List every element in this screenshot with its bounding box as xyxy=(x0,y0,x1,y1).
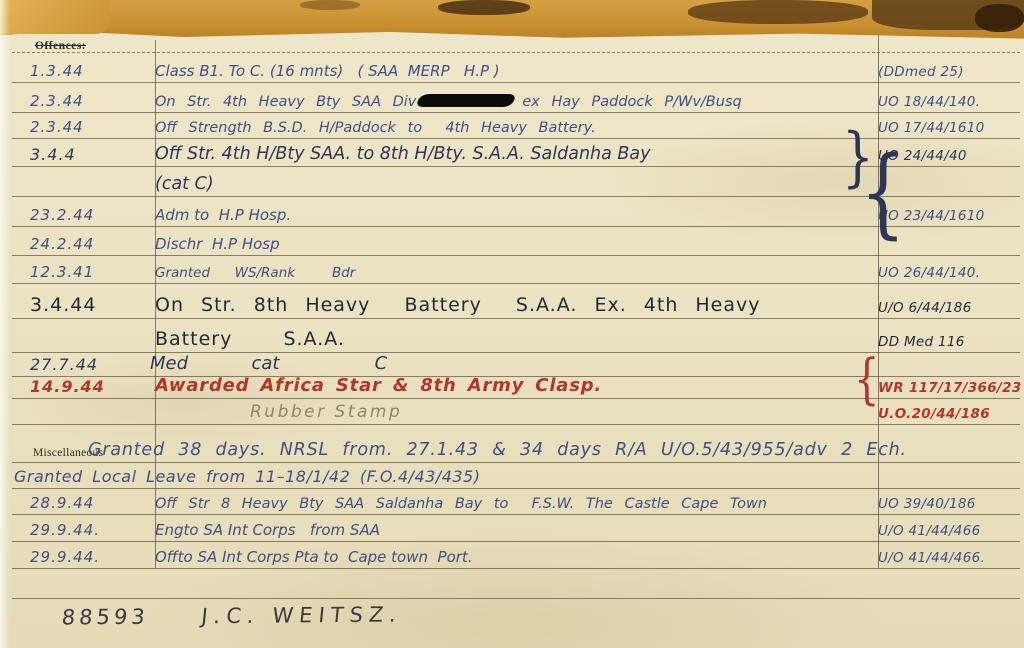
tape-corner-patch xyxy=(0,0,110,34)
entry-text-wrap: Awarded Africa Star & 8th Army Clasp. xyxy=(155,375,602,396)
entry-ref: U/O 41/44/466. xyxy=(878,550,985,566)
entry-text: Battery S.A.A. xyxy=(155,328,345,350)
entry-text: Med cat C xyxy=(150,353,387,374)
entry-text: Offto SA Int Corps Pta to Cape town Port… xyxy=(155,548,473,566)
record-row: 12.3.41 Granted WS/Rank Bdr UO 26/44/140… xyxy=(12,255,1020,284)
entry-text-wrap: Rubber Stamp xyxy=(250,402,402,422)
entry-text-wrap: Dischr H.P Hosp xyxy=(155,235,280,253)
entry-text-wrap: Adm to H.P Hosp. xyxy=(155,206,291,224)
entry-text: On Str. 8th Heavy Battery S.A.A. Ex. 4th… xyxy=(155,294,761,316)
entry-ref: UO 39/40/186 xyxy=(878,496,976,512)
entry-date: 1.3.44 xyxy=(30,62,84,80)
entry-text-wrap: Offto SA Int Corps Pta to Cape town Port… xyxy=(155,548,473,566)
entry-date: 24.2.44 xyxy=(30,235,94,253)
service-number: 88593 xyxy=(61,605,150,630)
record-row: 29.9.44. Engto SA Int Corps from SAA U/O… xyxy=(12,514,1020,542)
entry-text: Awarded Africa Star & 8th Army Clasp. xyxy=(155,375,602,396)
entry-text: Granted Local Leave from 11–18/1/42 (F.O… xyxy=(14,467,480,486)
entry-date: 28.9.44 xyxy=(30,494,94,512)
signature-name: J.C. WEITSZ. xyxy=(200,603,403,629)
entry-date: 27.7.44 xyxy=(30,355,98,374)
entry-text-wrap: Class B1. To C. (16 mnts) ( SAA MERP H.P… xyxy=(155,62,500,80)
entry-text-wrap: Granted Local Leave from 11–18/1/42 (F.O… xyxy=(14,467,480,486)
entry-date: 3.4.44 xyxy=(30,294,96,316)
entry-text: Engto SA Int Corps from SAA xyxy=(155,521,380,539)
entry-ref: UO 17/44/1610 xyxy=(878,120,985,136)
record-row: Battery S.A.A. DD Med 116 xyxy=(12,318,1020,353)
entry-date: 2.3.44 xyxy=(30,118,84,136)
entry-text-after: ex Hay Paddock P/Wv/Busq xyxy=(522,94,741,110)
entry-ref: WR 117/17/366/23 xyxy=(878,380,1022,396)
entry-text-wrap: Off Strength B.S.D. H/Paddock to 4th Hea… xyxy=(155,120,596,136)
entry-text: Class B1. To C. (16 mnts) ( SAA MERP H.P… xyxy=(155,62,500,80)
service-record-card: Offences: Miscellaneous 1.3.44 Class B1.… xyxy=(0,0,1024,648)
tape-stain xyxy=(688,0,868,24)
entry-text-wrap: Battery S.A.A. xyxy=(155,328,345,350)
entry-date: 29.9.44. xyxy=(30,548,100,566)
entry-text: Granted 38 days. NRSL from. 27.1.43 & 34… xyxy=(88,440,907,460)
entry-text-wrap: Granted WS/Rank Bdr xyxy=(155,265,355,281)
entry-text: Off Str. 4th H/Bty SAA. to 8th H/Bty. S.… xyxy=(155,144,651,164)
tape-stain xyxy=(438,0,530,15)
entry-text-wrap: (cat C) xyxy=(155,174,214,194)
entry-text: Granted WS/Rank Bdr xyxy=(155,265,355,281)
entry-ref: U/O 6/44/186 xyxy=(878,300,972,316)
entry-text-wrap: Med cat C xyxy=(150,353,387,374)
entry-ref: DD Med 116 xyxy=(878,334,965,350)
footer-rule xyxy=(12,568,1020,599)
entry-text: On Str. 4th Heavy Bty SAA Div xyxy=(155,94,416,110)
entry-date: 29.9.44. xyxy=(30,521,100,539)
record-row: 1.3.44 Class B1. To C. (16 mnts) ( SAA M… xyxy=(12,52,1020,83)
entry-text: Dischr H.P Hosp xyxy=(155,235,280,253)
redaction-mark xyxy=(415,94,517,107)
entry-date: 14.9.44 xyxy=(30,377,105,396)
entry-text: Off Str 8 Heavy Bty SAA Saldanha Bay to … xyxy=(155,496,767,512)
tape-stain xyxy=(975,4,1024,32)
entry-text: (cat C) xyxy=(155,174,214,194)
record-row: Granted Local Leave from 11–18/1/42 (F.O… xyxy=(12,462,1020,489)
entry-text: Adm to H.P Hosp. xyxy=(155,206,291,224)
entry-date: 2.3.44 xyxy=(30,92,84,110)
entry-ref: UO 18/44/140. xyxy=(878,94,980,110)
entry-text-wrap: Off Str. 4th H/Bty SAA. to 8th H/Bty. S.… xyxy=(155,144,651,164)
entry-ref: U/O 41/44/466 xyxy=(878,523,980,539)
entry-date: 3.4.4 xyxy=(30,145,76,164)
entry-date: 12.3.41 xyxy=(30,263,94,281)
signature-line: 88593 J.C. WEITSZ. xyxy=(61,603,403,630)
brace-icon: { xyxy=(854,353,879,407)
entry-ref: UO 26/44/140. xyxy=(878,265,980,281)
entry-text: Rubber Stamp xyxy=(250,402,402,422)
entry-date: 23.2.44 xyxy=(30,206,94,224)
record-row: Granted 38 days. NRSL from. 27.1.43 & 34… xyxy=(12,424,1020,463)
entry-text-wrap: Off Str 8 Heavy Bty SAA Saldanha Bay to … xyxy=(155,496,767,512)
record-row: 3.4.44 On Str. 8th Heavy Battery S.A.A. … xyxy=(12,283,1020,319)
entry-text: Off Strength B.S.D. H/Paddock to 4th Hea… xyxy=(155,120,596,136)
entry-ref: U.O.20/44/186 xyxy=(878,406,990,422)
record-row: 28.9.44 Off Str 8 Heavy Bty SAA Saldanha… xyxy=(12,488,1020,515)
record-row: 29.9.44. Offto SA Int Corps Pta to Cape … xyxy=(12,541,1020,569)
brace-icon: { xyxy=(860,143,906,240)
tape-stain xyxy=(300,0,360,10)
entry-text-wrap: On Str. 8th Heavy Battery S.A.A. Ex. 4th… xyxy=(155,294,761,316)
entry-ref: (DDmed 25) xyxy=(878,64,964,80)
entry-text-wrap: Granted 38 days. NRSL from. 27.1.43 & 34… xyxy=(88,440,907,460)
entry-text-wrap: Engto SA Int Corps from SAA xyxy=(155,521,380,539)
entry-text-wrap: On Str. 4th Heavy Bty SAA Divex Hay Padd… xyxy=(155,94,742,110)
record-row: 2.3.44 On Str. 4th Heavy Bty SAA Divex H… xyxy=(12,82,1020,113)
